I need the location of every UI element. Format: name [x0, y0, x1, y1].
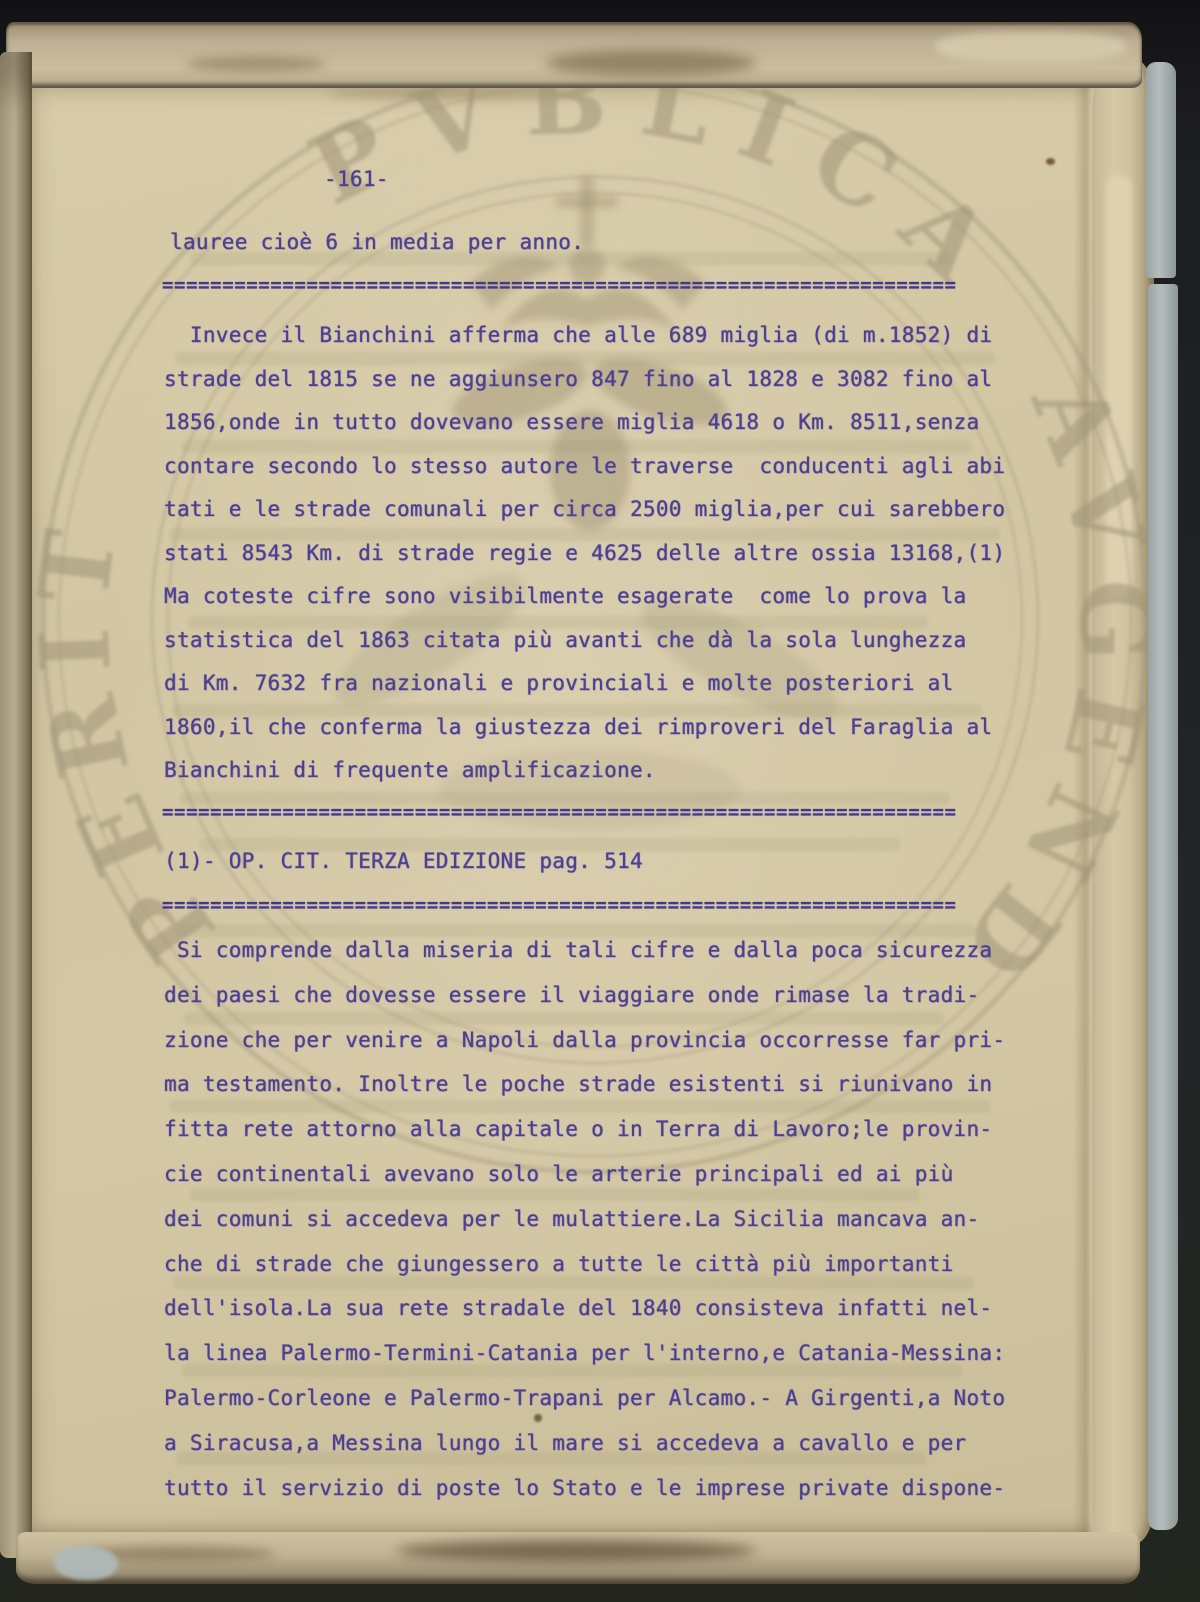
typed-line: Palermo-Corleone e Palermo-Trapani per A… [164, 1376, 1005, 1421]
typed-line: di Km. 7632 fra nazionali e provinciali … [164, 662, 1005, 706]
typed-line: zione che per venire a Napoli dalla prov… [164, 1018, 1005, 1063]
typed-line: dei paesi che dovesse essere il viaggiar… [164, 973, 1005, 1018]
typed-line: strade del 1815 se ne aggiunsero 847 fin… [164, 358, 1005, 402]
typed-line: cie continentali avevano solo le arterie… [164, 1152, 1005, 1197]
typed-separator: ========================================… [162, 275, 957, 295]
typed-line: Si comprende dalla miseria di tali cifre… [164, 928, 1005, 973]
typed-line: dei comuni si accedeva per le mulattiere… [164, 1197, 1005, 1242]
typed-line: dell'isola.La sua rete stradale del 1840… [164, 1286, 1005, 1331]
typed-line: Ma coteste cifre sono visibilmente esage… [164, 575, 1005, 619]
typed-line: Bianchini di frequente amplificazione. [164, 749, 1005, 793]
typed-line: tati e le strade comunali per circa 2500… [164, 488, 1005, 532]
footnote-line: (1)- OP. CIT. TERZA EDIZIONE pag. 514 [164, 840, 643, 884]
typed-separator: ========================================… [162, 802, 957, 822]
typed-line: contare secondo lo stesso autore le trav… [164, 445, 1005, 489]
typed-line: la linea Palermo-Termini-Catania per l'i… [164, 1331, 1005, 1376]
typed-line: ma testamento. Inoltre le poche strade e… [164, 1062, 1005, 1107]
typed-line: fitta rete attorno alla capitale o in Te… [164, 1107, 1005, 1152]
typed-line: tutto il servizio di poste lo Stato e le… [164, 1466, 1005, 1511]
typed-line: che di strade che giungessero a tutte le… [164, 1242, 1005, 1287]
paragraph-2: Si comprende dalla miseria di tali cifre… [164, 928, 1005, 1510]
typed-text-layer: -161- lauree cioè 6 in media per anno. =… [0, 0, 1200, 1602]
typed-line: Invece il Bianchini afferma che alle 689… [164, 314, 1005, 358]
typed-line: 1860,il che conferma la giustezza dei ri… [164, 706, 1005, 750]
scanned-typescript-page: PERIT PVBLICA AVGEND [0, 0, 1200, 1602]
page-number: -161- [324, 158, 389, 202]
typed-line: statistica del 1863 citata più avanti ch… [164, 619, 1005, 663]
paragraph-1: Invece il Bianchini afferma che alle 689… [164, 314, 1005, 793]
typed-line: a Siracusa,a Messina lungo il mare si ac… [164, 1421, 1005, 1466]
typed-line: 1856,onde in tutto dovevano essere migli… [164, 401, 1005, 445]
typed-line: stati 8543 Km. di strade regie e 4625 de… [164, 532, 1005, 576]
typed-line-intro: lauree cioè 6 in media per anno. [170, 221, 584, 265]
typed-separator: ========================================… [162, 895, 957, 915]
